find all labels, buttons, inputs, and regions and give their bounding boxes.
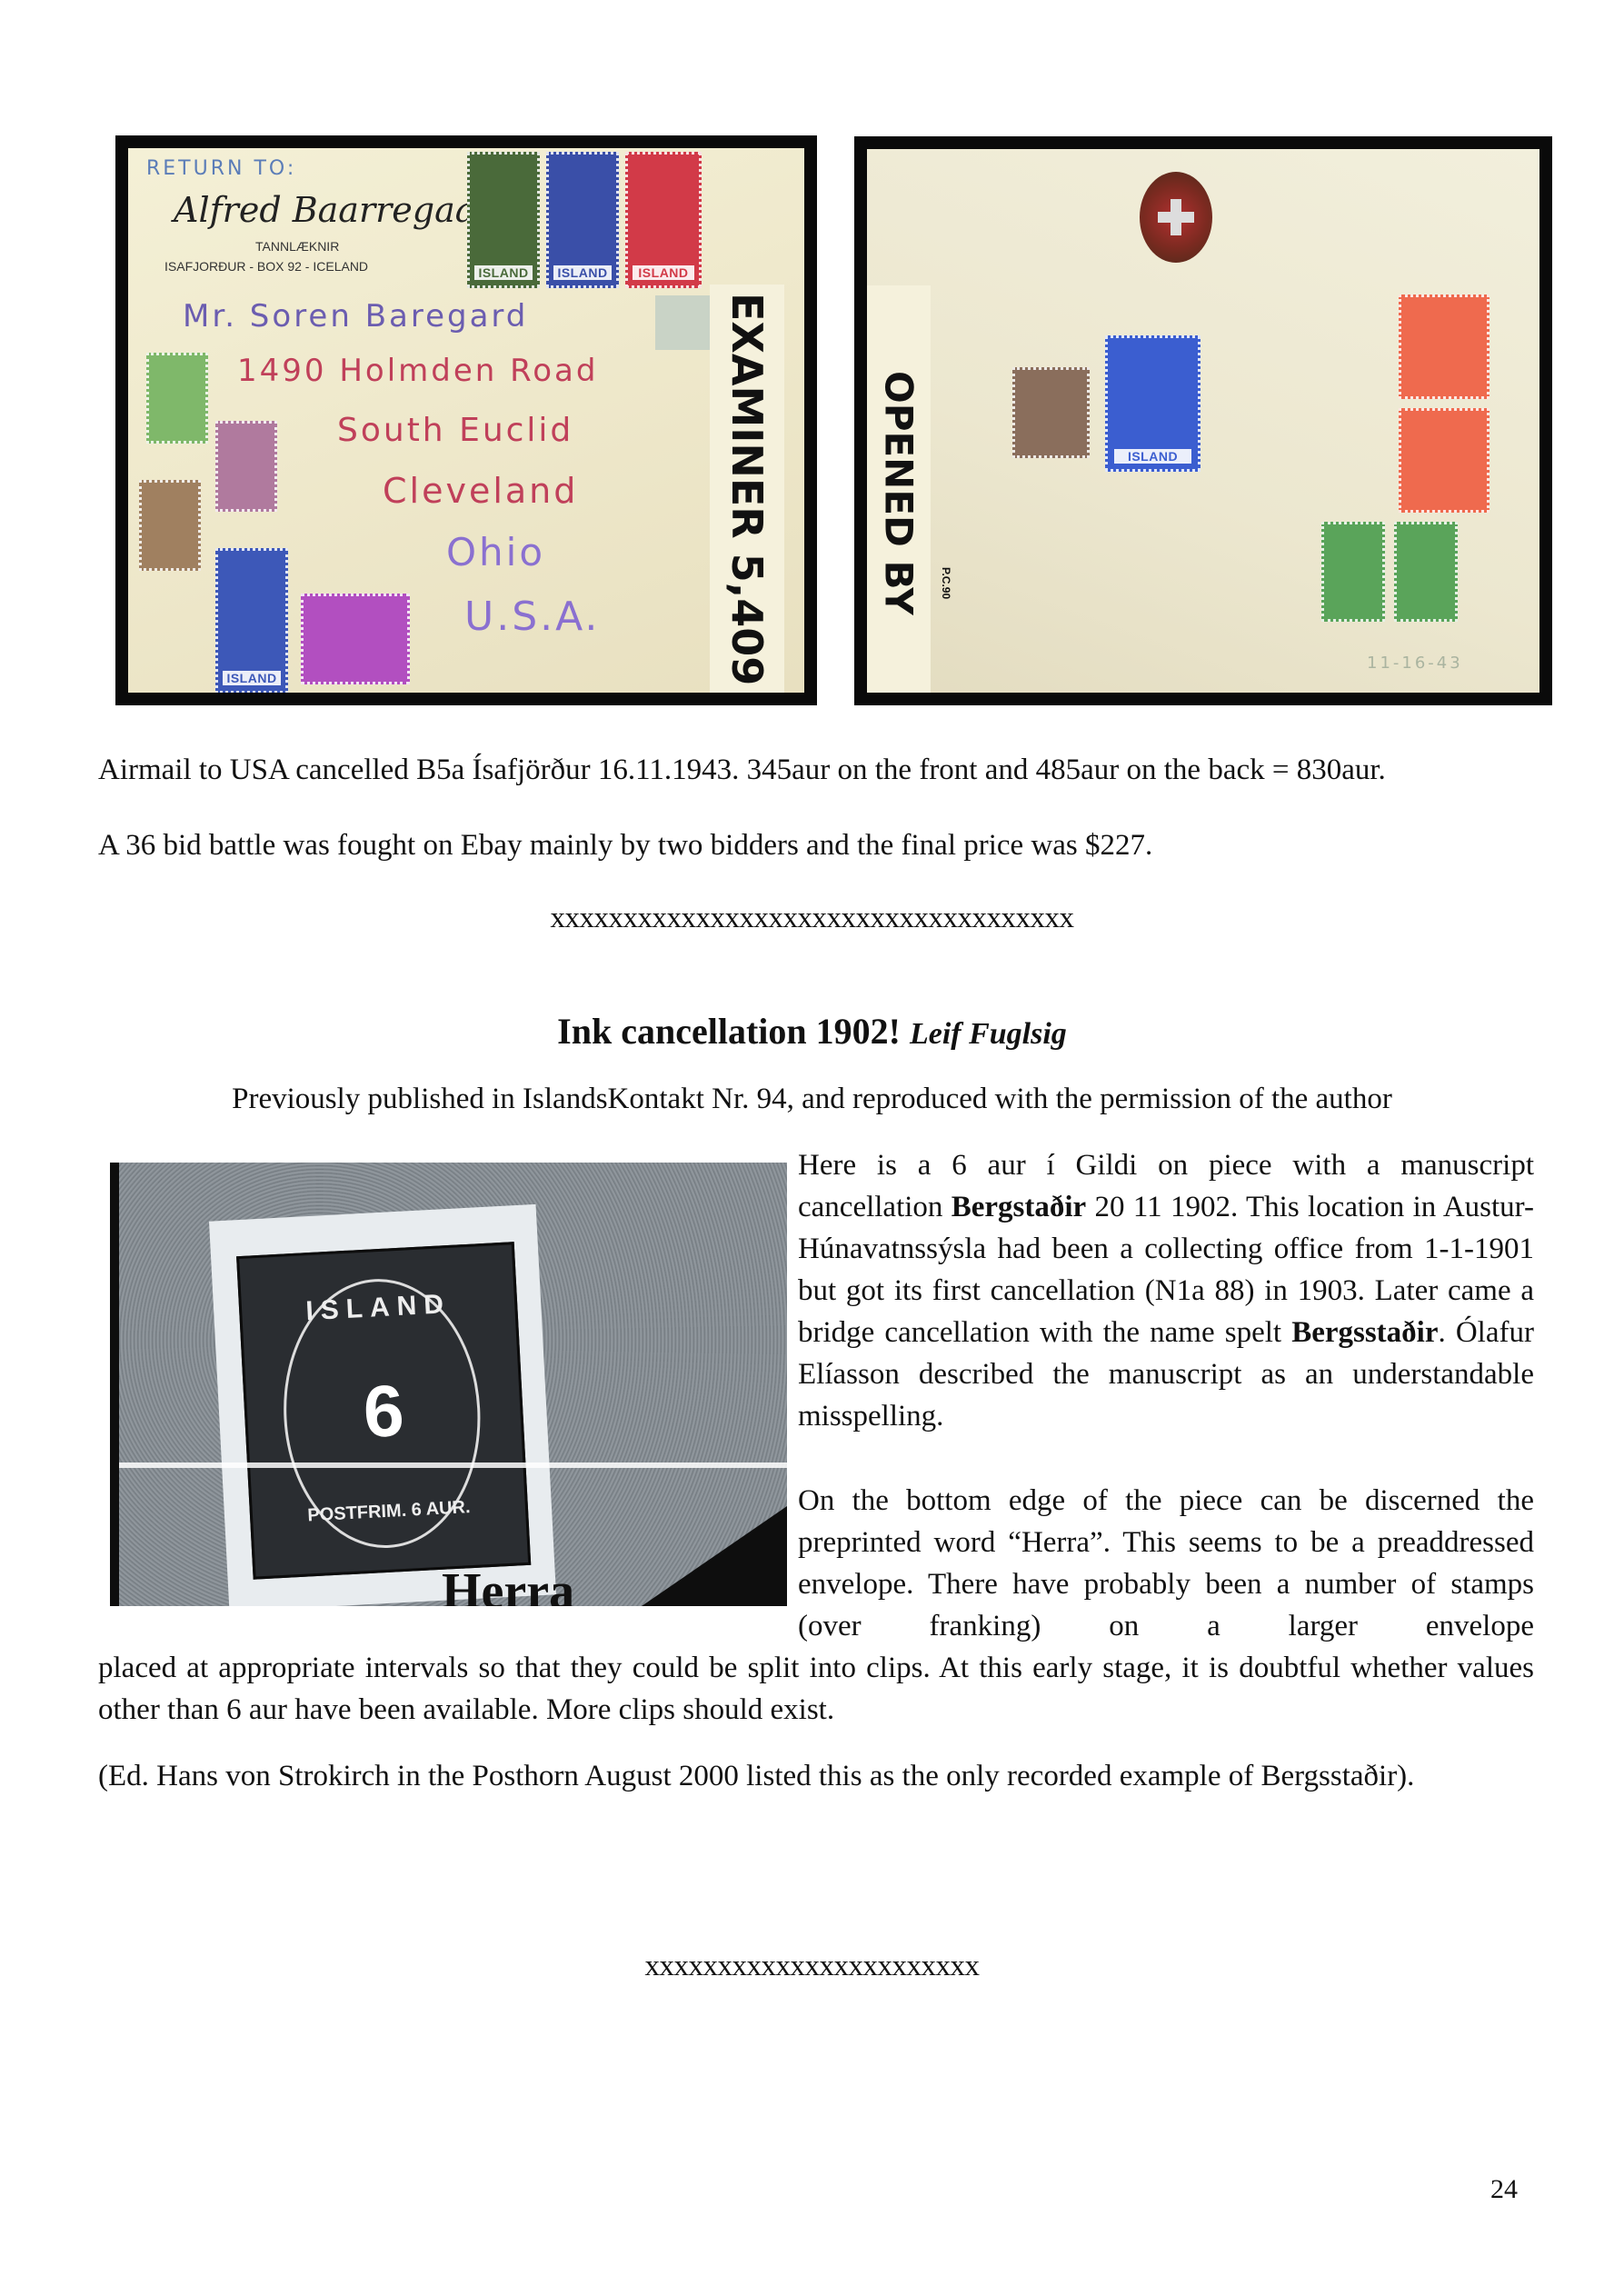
caption-line-1: Airmail to USA cancelled B5a Ísafjörður … (98, 749, 1386, 791)
stamp (1399, 408, 1489, 513)
article-subtitle: Previously published in IslandsKontakt N… (0, 1078, 1624, 1120)
stamp (146, 353, 208, 444)
stamp: ISLAND (1105, 335, 1201, 472)
cover-back-photo: OPENED BY P.C.90 ISLAND 11-16-43 (854, 136, 1552, 705)
paragraph-3: (Ed. Hans von Strokirch in the Posthorn … (98, 1755, 1534, 1797)
stamp: ISLAND (467, 152, 540, 288)
pencil-date: 11-16-43 (1367, 654, 1463, 673)
stamp-piece-photo: ISLAND 6 POSTFRIM. 6 AUR. Herra (110, 1163, 778, 1606)
stamp (139, 480, 201, 571)
article-author: Leif Fuglsig (910, 1017, 1067, 1051)
stamp: ISLAND (546, 152, 619, 288)
caption-line-2: A 36 bid battle was fought on Ebay mainl… (98, 824, 1152, 866)
stamp (1394, 522, 1458, 622)
stamp: ISLAND (625, 152, 702, 288)
sender-name: Alfred Baarregaard (174, 190, 514, 230)
censor-code: P.C.90 (940, 567, 952, 599)
sender-title: TANNLÆKNIR (255, 239, 339, 254)
stamp (1012, 367, 1090, 458)
return-to-label: RETURN TO: (146, 157, 296, 180)
address-line: U.S.A. (464, 594, 600, 640)
paragraph-2-full: placed at appropriate intervals so that … (98, 1647, 1534, 1731)
stamp-perforated-paper: ISLAND 6 POSTFRIM. 6 AUR. (209, 1204, 556, 1606)
address-line: South Euclid (337, 412, 573, 449)
sender-address: ISAFJORÐUR - BOX 92 - ICELAND (164, 259, 368, 274)
stamp (215, 421, 277, 512)
address-line: 1490 Holmden Road (237, 353, 598, 389)
censor-tape: EXAMINER 5,409 (710, 285, 784, 693)
preprinted-word: Herra (442, 1562, 574, 1606)
paragraph-2-wrap: On the bottom edge of the piece can be d… (798, 1480, 1534, 1647)
stamp (1321, 522, 1385, 622)
stamp (301, 594, 410, 684)
stamp (1399, 294, 1489, 399)
censor-tape: OPENED BY (867, 285, 931, 693)
cover-front-photo: RETURN TO: Alfred Baarregaard TANNLÆKNIR… (115, 135, 817, 705)
article-title: Ink cancellation 1902! (557, 1011, 901, 1052)
address-line: Cleveland (383, 471, 578, 511)
stamp-design: ISLAND 6 POSTFRIM. 6 AUR. (236, 1242, 531, 1580)
separator: xxxxxxxxxxxxxxxxxxxxxxx (0, 1945, 1624, 1987)
address-line: Ohio (446, 530, 545, 574)
stamp-value: 6 (245, 1363, 522, 1461)
scan-streak (119, 1462, 787, 1468)
address-line: Mr. Soren Baregard (183, 298, 528, 334)
paragraph-1: Here is a 6 aur í Gildi on piece with a … (798, 1144, 1534, 1437)
page-number: 24 (1490, 2174, 1518, 2205)
article-heading: Ink cancellation 1902! Leif Fuglsig (0, 1009, 1624, 1057)
red-cross-seal (1140, 172, 1212, 263)
stamp: ISLAND (215, 548, 288, 693)
separator: xxxxxxxxxxxxxxxxxxxxxxxxxxxxxxxxxxxx (0, 897, 1624, 939)
airmail-label (655, 295, 710, 350)
